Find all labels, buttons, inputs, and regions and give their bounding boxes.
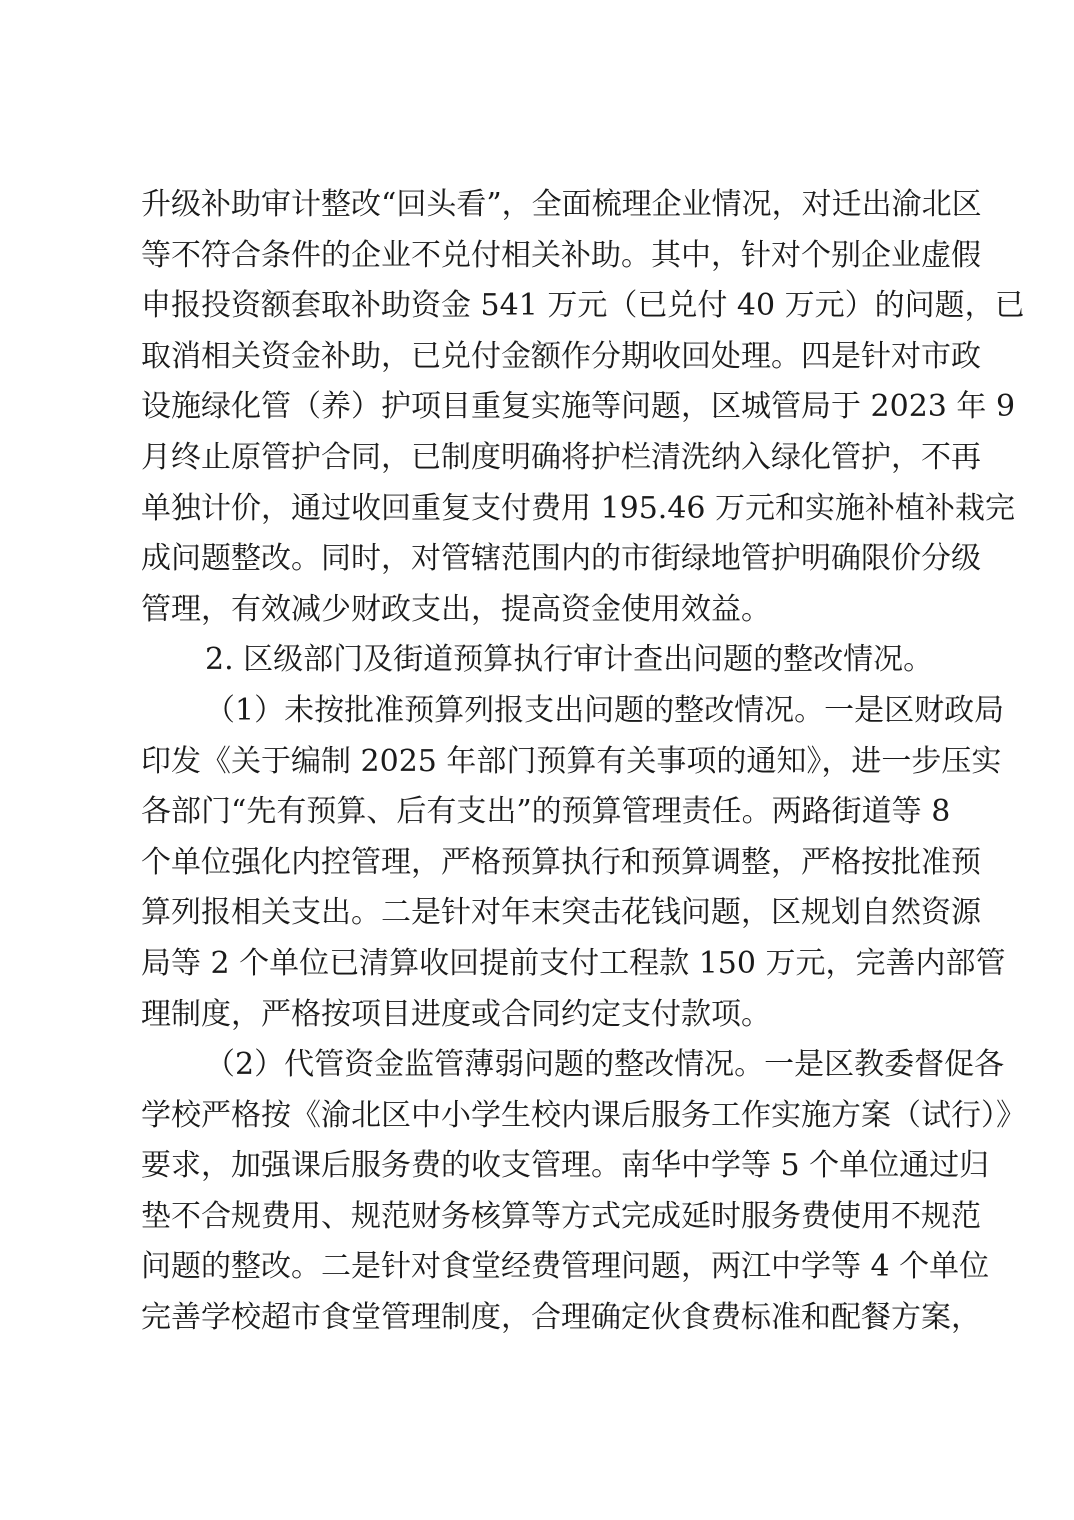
text-line: 各部门“先有预算、后有支出”的预算管理责任。两路街道等 8	[141, 787, 935, 838]
text-line: 管理，有效减少财政支出，提高资金使用效益。	[141, 585, 935, 636]
text-line: 算列报相关支出。二是针对年末突击花钱问题，区规划自然资源	[141, 888, 935, 939]
text-line: 问题的整改。二是针对食堂经费管理问题，两江中学等 4 个单位	[141, 1242, 935, 1293]
text-line: 完善学校超市食堂管理制度，合理确定伙食费标准和配餐方案，	[141, 1293, 935, 1344]
paragraph-item-1: （1）未按批准预算列报支出问题的整改情况。一是区财政局 印发《关于编制 2025…	[141, 686, 935, 1040]
text-line: 学校严格按《渝北区中小学生校内课后服务工作实施方案（试行）》	[141, 1091, 935, 1142]
text-line: 理制度，严格按项目进度或合同约定支付款项。	[141, 990, 935, 1041]
text-line: 印发《关于编制 2025 年部门预算有关事项的通知》，进一步压实	[141, 737, 935, 788]
text-line: 单独计价，通过收回重复支付费用 195.46 万元和实施补植补栽完	[141, 484, 935, 535]
text-line: 申报投资额套取补助资金 541 万元（已兑付 40 万元）的问题，已	[141, 281, 935, 332]
text-line: 垫不合规费用、规范财务核算等方式完成延时服务费使用不规范	[141, 1192, 935, 1243]
paragraph-continued: 升级补助审计整改“回头看”，全面梳理企业情况，对迁出渝北区 等不符合条件的企业不…	[141, 180, 935, 635]
text-line: 取消相关资金补助，已兑付金额作分期收回处理。四是针对市政	[141, 332, 935, 383]
text-line: （2）代管资金监管薄弱问题的整改情况。一是区教委督促各	[141, 1040, 935, 1091]
paragraph-item-2: （2）代管资金监管薄弱问题的整改情况。一是区教委督促各 学校严格按《渝北区中小学…	[141, 1040, 935, 1344]
text-line: 局等 2 个单位已清算收回提前支付工程款 150 万元，完善内部管	[141, 939, 935, 990]
text-line: 设施绿化管（养）护项目重复实施等问题，区城管局于 2023 年 9	[141, 382, 935, 433]
text-line: 升级补助审计整改“回头看”，全面梳理企业情况，对迁出渝北区	[141, 180, 935, 231]
section-heading: 2. 区级部门及街道预算执行审计查出问题的整改情况。	[141, 635, 935, 686]
text-line: 成问题整改。同时，对管辖范围内的市街绿地管护明确限价分级	[141, 534, 935, 585]
text-line: 要求，加强课后服务费的收支管理。南华中学等 5 个单位通过归	[141, 1141, 935, 1192]
text-line: 等不符合条件的企业不兑付相关补助。其中，针对个别企业虚假	[141, 231, 935, 282]
heading-text: 2. 区级部门及街道预算执行审计查出问题的整改情况。	[141, 635, 935, 686]
text-line: 月终止原管护合同，已制度明确将护栏清洗纳入绿化管护，不再	[141, 433, 935, 484]
text-line: （1）未按批准预算列报支出问题的整改情况。一是区财政局	[141, 686, 935, 737]
document-page: 升级补助审计整改“回头看”，全面梳理企业情况，对迁出渝北区 等不符合条件的企业不…	[0, 0, 1074, 1520]
document-body: 升级补助审计整改“回头看”，全面梳理企业情况，对迁出渝北区 等不符合条件的企业不…	[141, 180, 935, 1344]
text-line: 个单位强化内控管理，严格预算执行和预算调整，严格按批准预	[141, 838, 935, 889]
